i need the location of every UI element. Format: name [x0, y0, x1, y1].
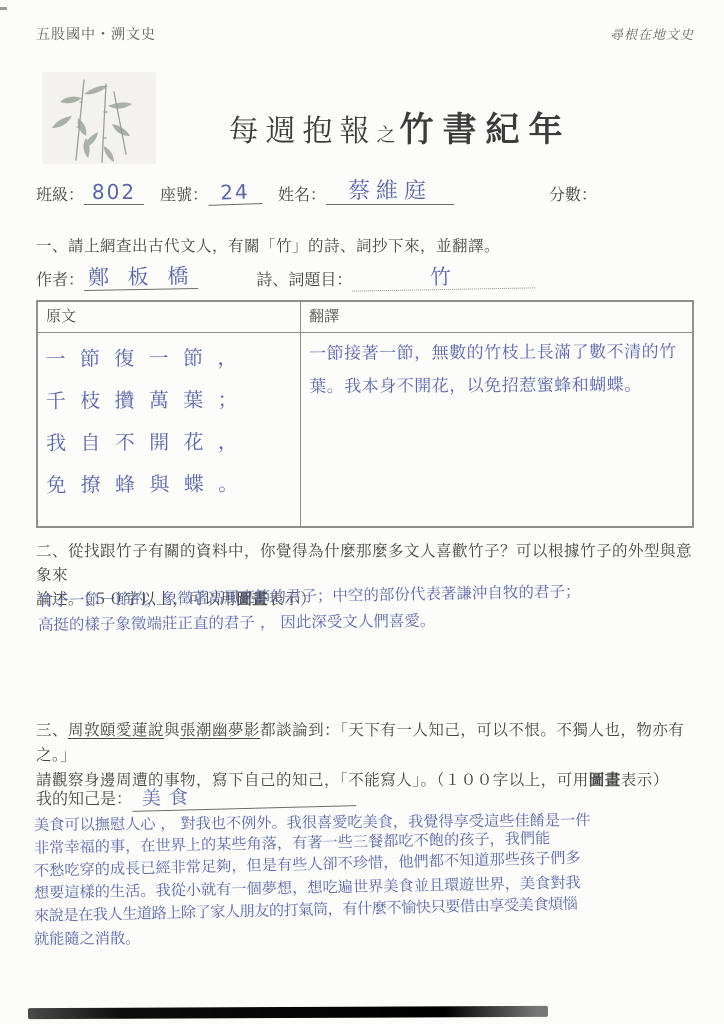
class-value: 802	[84, 182, 144, 205]
poem-table-header-row: 原文 翻譯	[37, 301, 693, 333]
name-label: 姓名：	[278, 182, 326, 205]
author-line: 作者： 鄭 板 橋 詩、詞題目： 竹	[36, 266, 694, 290]
worksheet-page: 五股國中・溯文史 尋根在地文史 每週抱報之竹書紀年	[0, 0, 724, 1024]
class-label: 班級：	[36, 182, 84, 205]
author-value: 鄭 板 橋	[84, 265, 199, 291]
poem-line: 一 節 復 一 節 ，	[45, 335, 291, 379]
page-header: 五股國中・溯文史 尋根在地文史	[36, 24, 694, 44]
poem-table: 原文 翻譯 一 節 復 一 節 ， 千 枝 攢 萬 葉 ； 我 自 不 開 花 …	[36, 300, 694, 528]
scan-edge-artifact	[28, 1006, 548, 1019]
question-3-conjunction: 與	[164, 722, 180, 739]
page-title: 每週抱報之竹書紀年	[170, 102, 630, 151]
confidant-value: 美食	[132, 784, 356, 812]
poem-line: 我 自 不 開 花 ，	[46, 419, 292, 463]
answer-2: 竹子一節一節的，象徵著高風亮節的君子；中空的部份代表著謙沖自牧的君子； 高挺的樣…	[38, 589, 704, 637]
poem-line: 免 撩 蜂 與 蝶 。	[46, 461, 292, 505]
seat-value: 24	[208, 181, 263, 206]
poem-table-body-row: 一 節 復 一 節 ， 千 枝 攢 萬 葉 ； 我 自 不 開 花 ， 免 撩 …	[37, 333, 693, 528]
original-column-header: 原文	[37, 301, 301, 333]
question-3: 三、周敦頤愛蓮說與張潮幽夢影都談論到：「天下有一人知己，可以不恨。不獨人也，物亦…	[36, 718, 696, 793]
question-3-line2-bold: 圖畫	[589, 772, 621, 789]
book-title-1: 周敦頤愛蓮說	[68, 722, 164, 739]
essay-line: 就能隨之消散。	[34, 923, 708, 951]
poem-original-cell: 一 節 復 一 節 ， 千 枝 攢 萬 葉 ； 我 自 不 開 花 ， 免 撩 …	[36, 332, 301, 528]
bamboo-ink-drawing	[42, 72, 156, 164]
poem-title-value: 竹	[352, 264, 535, 291]
poem-title-label: 詩、詞題目：	[256, 267, 352, 290]
header-right: 尋根在地文史	[610, 24, 694, 44]
scan-corner-artifact	[0, 7, 7, 10]
title-part-2: 之	[376, 125, 399, 146]
essay-answer: 美食可以撫慰人心 ， 對我也不例外。我很喜愛吃美食，我覺得享受這些佳餚是一件 非…	[34, 814, 708, 951]
poem-line: 千 枝 攢 萬 葉 ；	[46, 377, 292, 421]
question-2-line1: 二、從找跟竹子有關的資料中，你覺得為什麼那麼多文人喜歡竹子？可以根據竹子的外型與…	[36, 543, 692, 584]
translation-column-header: 翻譯	[301, 301, 694, 333]
score-label: 分數：	[549, 182, 597, 205]
name-value: 蔡維庭	[326, 180, 454, 205]
student-info-row: 班級： 802 座號： 24 姓名： 蔡維庭 分數：	[36, 180, 694, 205]
confidant-label: 我的知己是：	[36, 786, 132, 809]
seat-label: 座號：	[160, 182, 208, 205]
title-part-3: 竹書紀年	[400, 112, 572, 149]
question-3-line2-post: 表示）	[621, 772, 669, 789]
question-1: 一、請上網查出古代文人，有關「竹」的詩、詞抄下來，並翻譯。	[36, 234, 694, 256]
poem-translation-cell: 一節接著一節，無數的竹枝上長滿了數不清的竹葉。我本身不開花，以免招惹蜜蜂和蝴蝶。	[300, 331, 694, 528]
book-title-2: 張潮幽夢影	[180, 722, 260, 739]
confidant-line: 我的知己是： 美食	[36, 786, 356, 809]
header-left: 五股國中・溯文史	[36, 24, 156, 44]
bamboo-illustration	[42, 72, 156, 164]
author-label: 作者：	[36, 267, 84, 290]
question-3-prefix: 三、	[36, 722, 68, 739]
title-part-1: 每週抱報	[228, 115, 376, 148]
